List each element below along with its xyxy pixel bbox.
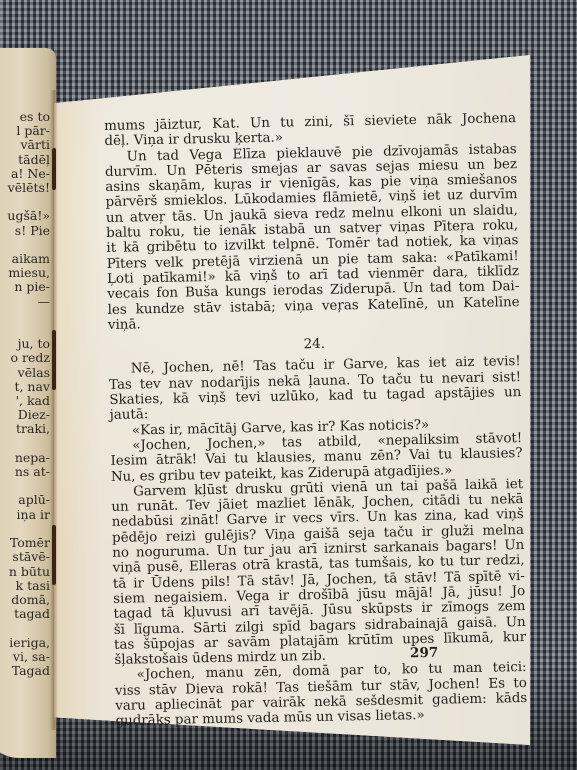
left-page-line-fragment: traki,: [0, 422, 50, 436]
page-number: 297: [410, 645, 438, 661]
left-page-line-fragment: n pie-: [0, 280, 50, 294]
left-page-text-fragments: es tol pār-vārtitādēļa! Ne-vēlēts! ugšā!…: [0, 110, 50, 678]
left-page-line-fragment: iņa ir: [0, 508, 50, 522]
left-page-line-fragment: tādēļ: [0, 153, 50, 167]
chapter-number: 24.: [108, 333, 520, 356]
binding-thread: [52, 148, 56, 190]
binding-thread: [52, 330, 56, 390]
left-page-line-fragment: [0, 437, 50, 451]
left-page-line-fragment: vēlēts!: [0, 181, 50, 195]
left-page-line-fragment: [0, 323, 50, 337]
left-page-line-fragment: vi, sa-: [0, 650, 50, 664]
left-page-line-fragment: Diez-: [0, 408, 50, 422]
binding-thread: [52, 525, 56, 585]
left-page-line-fragment: [0, 479, 50, 493]
left-page-line-fragment: [0, 195, 50, 209]
left-page-line-fragment: [0, 238, 50, 252]
left-page-line-fragment: Tagad: [0, 664, 50, 678]
left-page-line-fragment: ieriga,: [0, 636, 50, 650]
left-page-line-fragment: o redz: [0, 351, 50, 365]
left-page-line-fragment: nepa-: [0, 451, 50, 465]
left-page-line-fragment: a! Ne-: [0, 167, 50, 181]
left-page-line-fragment: [0, 522, 50, 536]
left-page-line-fragment: ju, to: [0, 337, 50, 351]
left-page-line-fragment: s! Pie: [0, 224, 50, 238]
left-page-line-fragment: ns at-: [0, 465, 50, 479]
left-page-line-fragment: ', kad: [0, 394, 50, 408]
paragraph: Garvem kļūst drusku grūti vienā un tai p…: [111, 477, 526, 668]
left-page-line-fragment: n būtu: [0, 565, 50, 579]
left-page-line-fragment: Tomēr: [0, 536, 50, 550]
left-page-line-fragment: aplū-: [0, 493, 50, 507]
page-body-text: mums jāiztur, Kat. Un tu zini, šī sievie…: [104, 111, 528, 729]
left-page-line-fragment: domā,: [0, 593, 50, 607]
paragraph: Nē, Jochen, nē! Tas taču ir Garve, kas i…: [109, 354, 522, 423]
left-page-line-fragment: aikam: [0, 252, 50, 266]
left-page-line-fragment: k tasi: [0, 579, 50, 593]
left-page-line-fragment: ugšā!»: [0, 209, 50, 223]
paragraph: Un tad Vega Elīza pieklauvē pie dzīvojam…: [105, 142, 520, 333]
left-page-line-fragment: [0, 309, 50, 323]
left-page-line-fragment: vēlas: [0, 366, 50, 380]
left-page-line-fragment: [0, 621, 50, 635]
left-page-line-fragment: l pār-: [0, 124, 50, 138]
left-page-line-fragment: stāvē-: [0, 550, 50, 564]
left-page-line-fragment: es to: [0, 110, 50, 124]
left-page-line-fragment: —: [0, 295, 50, 309]
left-page-line-fragment: miesu,: [0, 266, 50, 280]
paragraph: «Jochen, manu zēn, domā par to, ko tu ma…: [115, 660, 528, 729]
left-page-line-fragment: tagad: [0, 607, 50, 621]
left-page-line-fragment: vārti: [0, 138, 50, 152]
paragraph: «Jochen, Jochen,» tas atbild, «nepaliksi…: [110, 431, 523, 485]
left-facing-page: es tol pār-vārtitādēļa! Ne-vēlēts! ugšā!…: [0, 48, 56, 758]
left-page-line-fragment: t, nav: [0, 380, 50, 394]
